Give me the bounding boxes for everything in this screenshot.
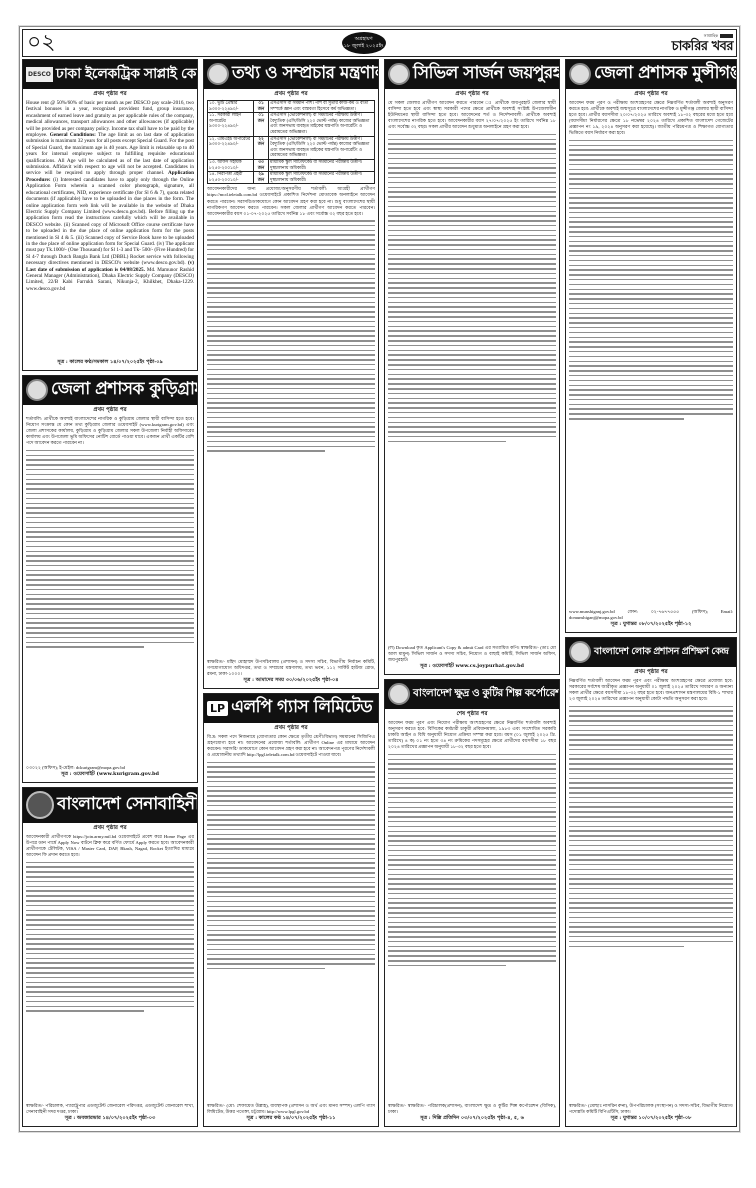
ad-source: সূত্র : কালের কণ্ঠ/সমকাল ১৪/০৭/২০২৫ইং পৃ… <box>23 359 197 367</box>
ad-title: ঢাকা ইলেকট্রিক সাপ্লাই কোম্পানি <box>56 62 198 86</box>
govt-seal-icon <box>569 63 591 85</box>
brand-bar <box>720 34 733 38</box>
ad-body-continued <box>566 140 736 420</box>
ad-body-continued <box>23 450 197 648</box>
ad-title: বাংলাদেশ সেনাবাহিনী <box>57 791 198 819</box>
desco-logo-icon: DESCO <box>26 67 53 82</box>
ad-subheading: প্রথম পৃষ্ঠার পর <box>23 407 197 415</box>
ad-source: সূত্র : আমাদের সময় ৩০/০৬/২০২৫ইং পৃষ্ঠা-… <box>204 677 378 685</box>
date-badge: অগ্রহায়ণ ১৮ জুলাই ২০২৫ইং <box>342 32 386 54</box>
ad-banner: বাংলাদেশ সেনাবাহিনী <box>23 788 197 823</box>
posts-table: ১০. ভুটি প্রেস্কার ৯৩০০-২২৪৯০/-০১ জনএসএস… <box>207 100 375 184</box>
ad-subheading: প্রথম পৃষ্ঠার পর <box>204 725 378 733</box>
ad-body-continued <box>385 754 559 967</box>
ad-source: সূত্র : ওয়েবসাইট (www.kurigram.gov.bd <box>23 771 197 779</box>
ad-body: আবেদনকারী প্রার্থীগণকে https://join.army… <box>23 834 197 858</box>
ad-banner: সিভিল সার্জন জয়পুরহাট <box>385 60 559 89</box>
ad-civil-surgeon-joypurhat: সিভিল সার্জন জয়পুরহাট প্রথম পৃষ্ঠার পর … <box>384 59 560 675</box>
ad-dc-kurigram: জেলা প্রশাসক কুড়িগ্রাম প্রথম পৃষ্ঠার পর… <box>22 375 198 783</box>
ad-signature: স্বাক্ষরিত/- পরিচালক, প্যারাট্রুপার এডজু… <box>23 1103 197 1115</box>
ad-subheading: প্রথম পৃষ্ঠার পর <box>23 825 197 833</box>
army-emblem-icon <box>26 791 54 819</box>
page-number: ০২ <box>27 32 56 54</box>
ad-signature: স্বাক্ষরিত/- স্বাক্ষরিত/- পরিচালক(প্রশাস… <box>385 1103 559 1115</box>
ad-body: বি.দ্র: সকল পদে নিজনামে (যোগ্যতার কোন ক্… <box>204 734 378 758</box>
ad-body: নিম্নবর্ণিত শর্তাবলী আবেদন ফরম পূরণ এবং … <box>566 678 736 702</box>
table-row: ১৩. অফিস সহায়ক ৮২৫০-২০০১০/-৩৩ জনমাধ্যমি… <box>208 159 375 171</box>
newspaper-page: ০২ অগ্রহায়ণ ১৮ জুলাই ২০২৫ইং সাপ্তাহিক চ… <box>19 26 740 1132</box>
ad-title: জেলা প্রশাসক মুন্সীগঞ্জ <box>594 60 737 88</box>
govt-seal-icon <box>26 379 48 401</box>
table-row: ১১. সরকারী লাইন অপারেটর ৯৩০০-২২৪৯০/-০১ জ… <box>208 113 375 136</box>
ad-source: সূত্র : যুগান্তর ০৮/০৭/২০২৫ইং পৃষ্ঠা-১২ <box>566 621 736 629</box>
ad-body: আবেদন ফরম পূরণ এবং নিয়োগ পরীক্ষায় অংশগ… <box>385 720 559 750</box>
ad-source: সূত্র : দিল্লি প্রতিদিন ০৩/০৭/২০২৫ইং পৃষ… <box>385 1115 559 1123</box>
brand-logo: সাপ্তাহিক চাকরির খবর <box>672 33 733 54</box>
ad-banner: বাংলাদেশ লোক প্রশাসন প্রশিক্ষণ কেন্দ্র <box>566 638 736 667</box>
table-row: ১৪. নিরাপত্তা প্রহরী ৮২৫০-২০০১০/-২৯ জনমা… <box>208 172 375 184</box>
ad-body: House rent @ 50%/60% of basic per month … <box>23 100 197 292</box>
ad-title: বাংলাদেশ ক্ষুদ্র ও কুটির শিল্প কর্পোরেশন <box>413 686 560 703</box>
ad-title: এলপি গ্যাস লিমিটেড <box>231 694 372 722</box>
ad-desco: DESCO ঢাকা ইলেকট্রিক সাপ্লাই কোম্পানি প্… <box>22 59 198 371</box>
ad-contact: www.munshiganj.gov.bd ফোন: ০২-৭৬৭৭৫৫৫ (অ… <box>566 609 736 621</box>
ad-signature: স্বাক্ষরিত/- (মোছাঃ নাসরিন রুনা), উপপরিচ… <box>566 1103 736 1115</box>
ad-body-continued <box>23 862 197 1012</box>
date-full: ১৮ জুলাই ২০২৫ইং <box>344 43 384 50</box>
ad-dc-munshiganj: জেলা প্রশাসক মুন্সীগঞ্জ প্রথম পৃষ্ঠার পর… <box>565 59 737 633</box>
brand-name: চাকরির খবর <box>672 40 733 54</box>
ad-info-ministry: তথ্য ও সম্প্রচার মন্ত্রণালয় প্রথম পৃষ্ঠ… <box>203 59 379 689</box>
ad-subheading: প্রথম পৃষ্ঠার পর <box>204 91 378 99</box>
masthead: ০২ অগ্রহায়ণ ১৮ জুলাই ২০২৫ইং সাপ্তাহিক চ… <box>22 29 737 57</box>
ad-signature: (ল) Download কৃত Applicant's Copy & admi… <box>385 645 559 663</box>
ad-subheading: প্রথম পৃষ্ঠার পর <box>566 91 736 99</box>
ad-banner: জেলা প্রশাসক কুড়িগ্রাম <box>23 376 197 405</box>
govt-seal-icon <box>569 641 591 663</box>
ad-subheading: প্রথম পৃষ্ঠার পর <box>385 91 559 99</box>
ad-lp-gas: LP এলপি গ্যাস লিমিটেড প্রথম পৃষ্ঠার পর ব… <box>203 693 379 1127</box>
table-row: ১২. এমিএইচ অপারেটর ৯৩০০-২২৪৯০/-২২ জনএসএস… <box>208 136 375 159</box>
ad-bangladesh-army: বাংলাদেশ সেনাবাহিনী প্রথম পৃষ্ঠার পর আবে… <box>22 787 198 1127</box>
ad-source: সূত্র : যুগান্তর ১০/০৭/২০২৫ইং পৃষ্ঠা-০৮ <box>566 1115 736 1123</box>
govt-seal-icon <box>207 63 229 85</box>
ad-title: তথ্য ও সম্প্রচার মন্ত্রণালয় <box>232 60 379 88</box>
ad-bscic: বাংলাদেশ ক্ষুদ্র ও কুটির শিল্প কর্পোরেশন… <box>384 679 560 1127</box>
ad-body: আবেদনকারীদের জন্য প্রযোজ্য/অনুসরণীয় শর্… <box>204 186 378 216</box>
ad-body-continued <box>204 762 378 970</box>
date-day: অগ্রহায়ণ <box>355 36 373 43</box>
ad-subheading: প্রথম পৃষ্ঠার পর <box>566 669 736 677</box>
ad-body: আবেদন ফরম পূরণ ও পরীক্ষায় অংশগ্রহণের ক্… <box>566 100 736 137</box>
ad-title: জেলা প্রশাসক কুড়িগ্রাম <box>51 376 198 404</box>
govt-seal-icon <box>388 63 410 85</box>
ad-body: যে সকল জেলার প্রার্থীগণ আবেদন করতে পারবে… <box>385 100 559 130</box>
ad-body-continued <box>204 220 378 452</box>
ad-body-continued <box>385 134 559 443</box>
ad-banner: LP এলপি গ্যাস লিমিটেড <box>204 694 378 723</box>
ad-body: শর্তাবলি: প্রার্থীকে অবশ্যই বাংলাদেশের ন… <box>23 416 197 446</box>
ad-banner: বাংলাদেশ ক্ষুদ্র ও কুটির শিল্প কর্পোরেশন <box>385 680 559 709</box>
ad-body-continued <box>566 706 736 947</box>
lp-logo-icon: LP <box>207 701 228 716</box>
ad-signature: স্বাক্ষরিত/- (মো: শেফায়েত উল্লাহ), ব্যব… <box>204 1103 378 1115</box>
bscic-logo-icon <box>388 683 410 705</box>
ad-subheading: প্রথম পৃষ্ঠার পর <box>23 91 197 99</box>
ad-source: সূত্র : কালের কণ্ঠ ১৪/০৭/২০২৫ইং পৃষ্ঠা-১… <box>204 1115 378 1123</box>
ad-source: সূত্র : অবজারভার ১৪/০৭/২০২৫ইং পৃষ্ঠা-০৩ <box>23 1115 197 1123</box>
table-row: ১০. ভুটি প্রেস্কার ৯৩০০-২২৪৯০/-০১ জনএসএস… <box>208 101 375 113</box>
ad-banner: জেলা প্রশাসক মুন্সীগঞ্জ <box>566 60 736 89</box>
ad-subheading: শেষ পৃষ্ঠার পর <box>385 711 559 719</box>
ad-title: সিভিল সার্জন জয়পুরহাট <box>413 60 560 88</box>
ad-banner: DESCO ঢাকা ইলেকট্রিক সাপ্লাই কোম্পানি <box>23 60 197 89</box>
ad-signature: স্বাক্ষরিত/- মহিদ মোহাম্মদ উপসচিবালয় (প… <box>204 659 378 677</box>
ad-source: সূত্র : ওয়েবসাইট www.cs.joypurhat.gov.b… <box>385 663 559 671</box>
ad-title: বাংলাদেশ লোক প্রশাসন প্রশিক্ষণ কেন্দ্র <box>594 645 728 660</box>
ad-bpatc: বাংলাদেশ লোক প্রশাসন প্রশিক্ষণ কেন্দ্র প… <box>565 637 737 1127</box>
ad-banner: তথ্য ও সম্প্রচার মন্ত্রণালয় <box>204 60 378 89</box>
